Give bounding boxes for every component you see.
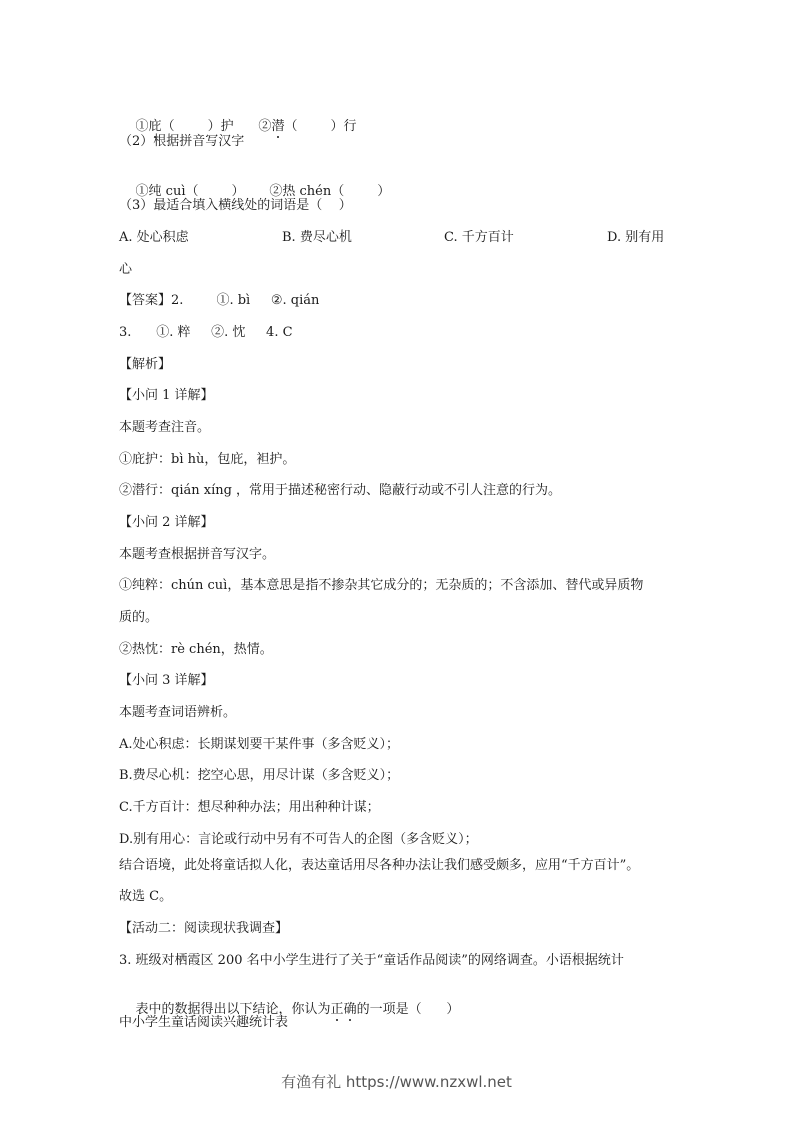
sub1-heading: 【小问 1 详解】 bbox=[119, 387, 214, 405]
sub1-item: ②潜行：qián xíng ，常用于描述秘密行动、隐蔽行动或不引人注意的行为。 bbox=[119, 482, 561, 500]
option-d-wrap: 心 bbox=[119, 261, 132, 279]
sub1-item: ①庇护：bì hù，包庇，袒护。 bbox=[119, 451, 295, 469]
document-page: ①庇（ ）护 ②潜（ ）行 （2）根据拼音写汉字 ①纯 cuì（ ） ②热 ch… bbox=[0, 0, 793, 1122]
sub2-heading: 【小问 2 详解】 bbox=[119, 514, 214, 532]
sub2-item-wrap: 质的。 bbox=[119, 609, 158, 627]
activity2-heading: 【活动二：阅读现状我调查】 bbox=[119, 920, 288, 938]
q2-title: （2）根据拼音写汉字 bbox=[119, 133, 244, 151]
table-title: 中小学生童话阅读兴趣统计表 bbox=[119, 1014, 288, 1032]
answer-line-2: 3. ①. 粹 ②. 忱 4. C bbox=[119, 324, 293, 342]
option-c: C. 千方百计 bbox=[444, 229, 514, 247]
footer-watermark: 有渔有礼 https://www.nzxwl.net bbox=[0, 1071, 793, 1092]
blank-text: （ ）护 bbox=[162, 119, 234, 134]
emphasis-char: 确 bbox=[344, 1002, 357, 1017]
item-number: ① bbox=[136, 119, 149, 134]
sub3-intro: 本题考查词语辨析。 bbox=[119, 704, 236, 722]
sub3-choice: 故选 C。 bbox=[119, 888, 172, 906]
emphasis-char: 庇 bbox=[149, 119, 162, 134]
sub3-item: A.处心积虑：长期谋划要干某件事（多含贬义）； bbox=[119, 736, 399, 754]
option-b: B. 费尽心机 bbox=[282, 229, 352, 247]
sub2-item: ①纯粹：chún cuì，基本意思是指不掺杂其它成分的；无杂质的；不含添加、替代… bbox=[119, 577, 643, 595]
q3-title: （3）最适合填入横线处的词语是（ ） bbox=[119, 197, 352, 215]
sub3-item: C.千方百计：想尽种种办法；用出种种计谋； bbox=[119, 799, 380, 817]
sub2-intro: 本题考查根据拼音写汉字。 bbox=[119, 546, 275, 564]
question-text: 的一项是（ ） bbox=[357, 1002, 460, 1017]
sub3-item: D.别有用心：言论或行动中另有不可告人的企图（多含贬义）； bbox=[119, 831, 478, 849]
emphasis-char: 潜 bbox=[271, 119, 284, 134]
analysis-heading: 【解析】 bbox=[119, 356, 171, 374]
question-3-line-1: 3. 班级对栖霞区 200 名中小学生进行了关于“童话作品阅读”的网络调查。小语… bbox=[119, 952, 624, 970]
option-d: D. 别有用 bbox=[607, 229, 664, 247]
sub1-intro: 本题考查注音。 bbox=[119, 419, 210, 437]
blank-text: （ ）行 bbox=[284, 119, 356, 134]
option-a: A. 处心积虑 bbox=[119, 229, 189, 247]
item-number: ② bbox=[258, 119, 271, 134]
emphasis-char: 正 bbox=[331, 1002, 344, 1017]
sub2-item: ②热忱：rè chén，热情。 bbox=[119, 641, 273, 659]
answer-line-1: 【答案】2. ①. bì ②. qián bbox=[119, 292, 319, 310]
sub3-heading: 【小问 3 详解】 bbox=[119, 672, 214, 690]
sub3-item: B.费尽心机：挖空心思，用尽计谋（多含贬义）； bbox=[119, 767, 399, 785]
sub3-conclusion: 结合语境，此处将童话拟人化，表达童话用尽各种办法让我们感受颇多，应用“千方百计”… bbox=[119, 857, 639, 875]
